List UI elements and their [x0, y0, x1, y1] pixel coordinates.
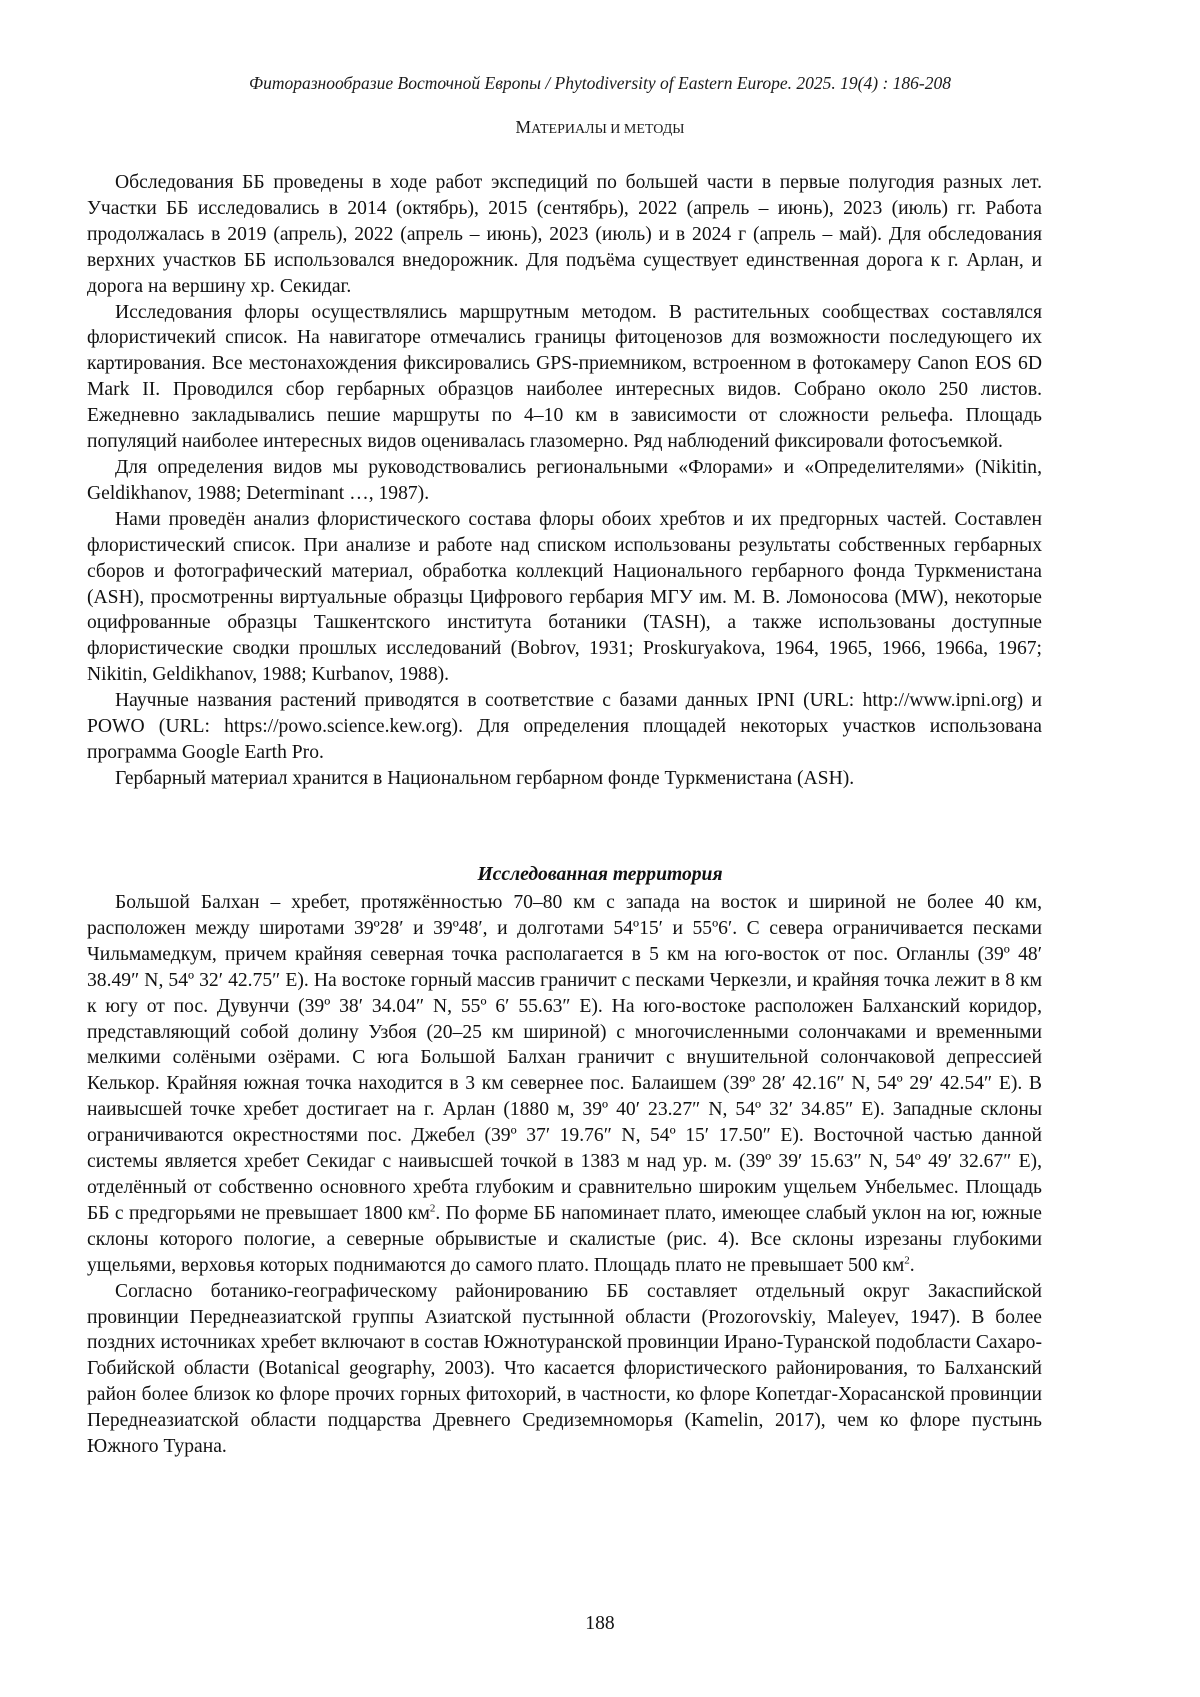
territory-p1-text-a: Большой Балхан – хребет, протяжённостью … [87, 892, 1042, 1224]
methods-paragraph-4: Нами проведён анализ флористического сос… [87, 507, 1042, 688]
subsection-title-studied-territory: Исследованная территория [0, 864, 1200, 886]
page-number: 188 [0, 1613, 1200, 1635]
territory-p1-text-c: . [910, 1255, 915, 1276]
territory-body: Большой Балхан – хребет, протяжённостью … [87, 890, 1042, 1460]
methods-paragraph-3: Для определения видов мы руководствовали… [87, 455, 1042, 507]
territory-paragraph-2: Согласно ботанико-географическому райони… [87, 1279, 1042, 1460]
territory-paragraph-1: Большой Балхан – хребет, протяжённостью … [87, 890, 1042, 1279]
paper-page: Фиторазнообразие Восточной Европы / Phyt… [0, 0, 1200, 1697]
section-title-materials-methods: МАТЕРИАЛЫ И МЕТОДЫ [0, 117, 1200, 138]
methods-body: Обследования ББ проведены в ходе работ э… [87, 170, 1042, 792]
methods-paragraph-5: Научные названия растений приводятся в с… [87, 688, 1042, 766]
section-title-initial: М [516, 117, 532, 137]
methods-paragraph-6: Гербарный материал хранится в Национальн… [87, 766, 1042, 792]
running-header: Фиторазнообразие Восточной Европы / Phyt… [0, 73, 1200, 94]
section-title-rest: АТЕРИАЛЫ И МЕТОДЫ [531, 122, 684, 137]
methods-paragraph-1: Обследования ББ проведены в ходе работ э… [87, 170, 1042, 300]
methods-paragraph-2: Исследования флоры осуществлялись маршру… [87, 300, 1042, 455]
